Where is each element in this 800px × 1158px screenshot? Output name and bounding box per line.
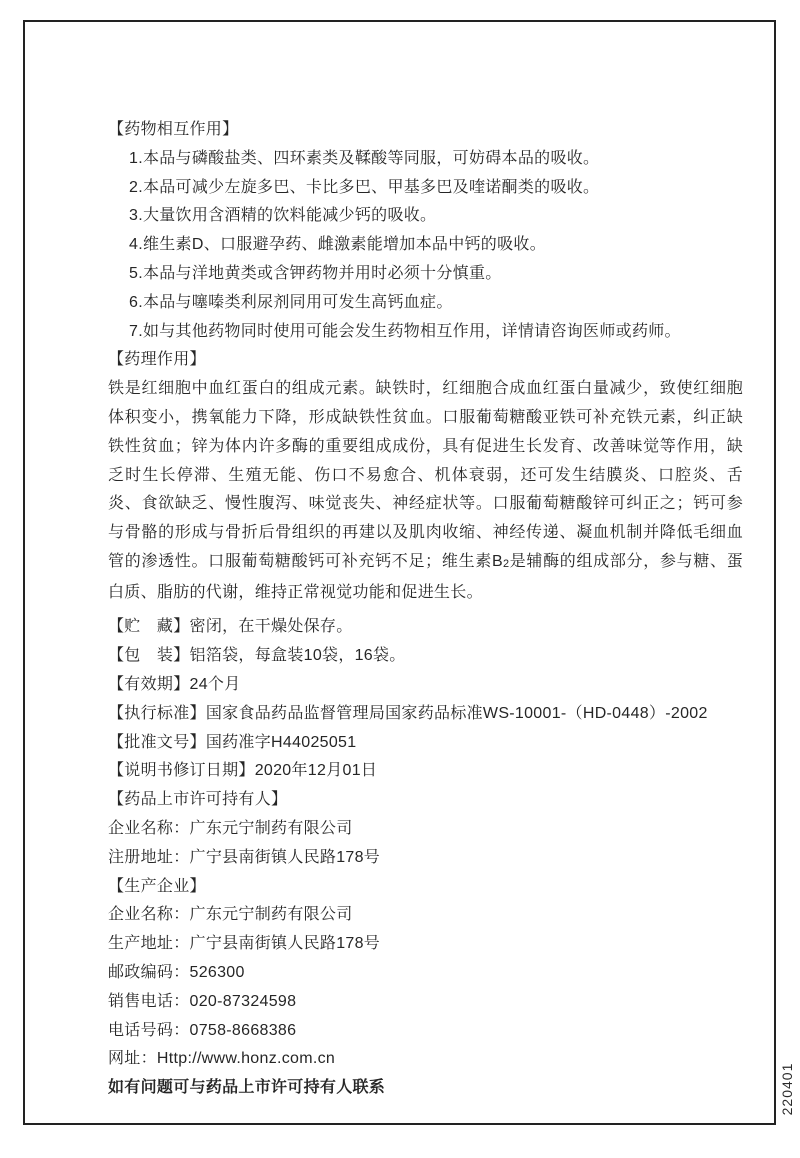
pharmacology-title: 【药理作用】 bbox=[108, 346, 743, 375]
field-storage-label: 【贮 藏】 bbox=[108, 618, 190, 635]
contact-note: 如有问题可与药品上市许可持有人联系 bbox=[108, 1074, 743, 1103]
field-storage: 【贮 藏】密闭，在干燥处保存。 bbox=[108, 613, 743, 642]
license-holder-address-value: 广宁县南街镇人民路178号 bbox=[190, 849, 381, 866]
section-pharmacology: 【药理作用】 铁是红细胞中血红蛋白的组成元素。缺铁时，红细胞合成血红蛋白量减少，… bbox=[108, 346, 743, 607]
manufacturer-postcode-label: 邮政编码： bbox=[108, 964, 190, 981]
field-shelf-life: 【有效期】24个月 bbox=[108, 671, 743, 700]
manufacturer-phone-row: 电话号码：0758-8668386 bbox=[108, 1017, 743, 1046]
field-approval-number-label: 【批准文号】 bbox=[108, 734, 206, 751]
section-license-holder: 【药品上市许可持有人】 企业名称：广东元宁制药有限公司 注册地址：广宁县南街镇人… bbox=[108, 786, 743, 872]
interaction-item-1: 1.本品与磷酸盐类、四环素类及鞣酸等同服，可妨碍本品的吸收。 bbox=[108, 145, 743, 174]
field-revision-date-label: 【说明书修订日期】 bbox=[108, 762, 255, 779]
manufacturer-company-value: 广东元宁制药有限公司 bbox=[190, 906, 353, 923]
manufacturer-address-value: 广宁县南街镇人民路178号 bbox=[190, 935, 381, 952]
field-revision-date: 【说明书修订日期】2020年12月01日 bbox=[108, 757, 743, 786]
manufacturer-sales-phone-value: 020-87324598 bbox=[190, 993, 297, 1010]
interaction-item-3: 3.大量饮用含酒精的饮料能减少钙的吸收。 bbox=[108, 202, 743, 231]
field-approval-number: 【批准文号】国药准字H44025051 bbox=[108, 729, 743, 758]
section-manufacturer: 【生产企业】 企业名称：广东元宁制药有限公司 生产地址：广宁县南街镇人民路178… bbox=[108, 873, 743, 1075]
license-holder-company-row: 企业名称：广东元宁制药有限公司 bbox=[108, 815, 743, 844]
manufacturer-company-label: 企业名称： bbox=[108, 906, 190, 923]
field-approval-number-value: 国药准字H44025051 bbox=[206, 734, 357, 751]
manufacturer-company-row: 企业名称：广东元宁制药有限公司 bbox=[108, 901, 743, 930]
manufacturer-postcode-value: 526300 bbox=[190, 964, 245, 981]
field-packaging-label: 【包 装】 bbox=[108, 647, 190, 664]
manufacturer-address-row: 生产地址：广宁县南街镇人民路178号 bbox=[108, 930, 743, 959]
field-standard-label: 【执行标准】 bbox=[108, 705, 206, 722]
manufacturer-postcode-row: 邮政编码：526300 bbox=[108, 959, 743, 988]
leaflet-content: 【药物相互作用】 1.本品与磷酸盐类、四环素类及鞣酸等同服，可妨碍本品的吸收。 … bbox=[108, 116, 743, 1103]
pharmacology-text-before-subscript: 铁是红细胞中血红蛋白的组成元素。缺铁时，红细胞合成血红蛋白量减少，致使红细胞体积… bbox=[108, 380, 743, 570]
manufacturer-phone-label: 电话号码： bbox=[108, 1022, 190, 1039]
interaction-item-6: 6.本品与噻嗪类利尿剂同用可发生高钙血症。 bbox=[108, 289, 743, 318]
field-shelf-life-label: 【有效期】 bbox=[108, 676, 190, 693]
manufacturer-website-value: Http://www.honz.com.cn bbox=[157, 1050, 335, 1067]
interaction-item-4: 4.维生素D、口服避孕药、雌激素能增加本品中钙的吸收。 bbox=[108, 231, 743, 260]
leaflet-border-frame: 【药物相互作用】 1.本品与磷酸盐类、四环素类及鞣酸等同服，可妨碍本品的吸收。 … bbox=[23, 20, 776, 1125]
field-revision-date-value: 2020年12月01日 bbox=[255, 762, 378, 779]
manufacturer-sales-phone-row: 销售电话：020-87324598 bbox=[108, 988, 743, 1017]
section-drug-interactions: 【药物相互作用】 1.本品与磷酸盐类、四环素类及鞣酸等同服，可妨碍本品的吸收。 … bbox=[108, 116, 743, 346]
field-packaging-value: 铝箔袋，每盒装10袋，16袋。 bbox=[190, 647, 406, 664]
manufacturer-title: 【生产企业】 bbox=[108, 873, 743, 902]
field-shelf-life-value: 24个月 bbox=[190, 676, 241, 693]
license-holder-address-label: 注册地址： bbox=[108, 849, 190, 866]
interaction-item-5: 5.本品与洋地黄类或含钾药物并用时必须十分慎重。 bbox=[108, 260, 743, 289]
drug-leaflet-page: 【药物相互作用】 1.本品与磷酸盐类、四环素类及鞣酸等同服，可妨碍本品的吸收。 … bbox=[0, 0, 800, 1158]
field-packaging: 【包 装】铝箔袋，每盒装10袋，16袋。 bbox=[108, 642, 743, 671]
interaction-item-7: 7.如与其他药物同时使用可能会发生药物相互作用，详情请咨询医师或药师。 bbox=[108, 318, 743, 347]
license-holder-company-value: 广东元宁制药有限公司 bbox=[190, 820, 353, 837]
drug-interactions-title: 【药物相互作用】 bbox=[108, 116, 743, 145]
field-standard-value: 国家食品药品监督管理局国家药品标准WS-10001-（HD-0448）-2002 bbox=[206, 705, 708, 722]
manufacturer-website-label: 网址： bbox=[108, 1050, 157, 1067]
license-holder-address-row: 注册地址：广宁县南街镇人民路178号 bbox=[108, 844, 743, 873]
interaction-item-2: 2.本品可减少左旋多巴、卡比多巴、甲基多巴及喹诺酮类的吸收。 bbox=[108, 174, 743, 203]
license-holder-company-label: 企业名称： bbox=[108, 820, 190, 837]
manufacturer-address-label: 生产地址： bbox=[108, 935, 190, 952]
pharmacology-paragraph: 铁是红细胞中血红蛋白的组成元素。缺铁时，红细胞合成血红蛋白量减少，致使红细胞体积… bbox=[108, 375, 743, 607]
revision-code: 220401 bbox=[779, 1063, 795, 1116]
manufacturer-sales-phone-label: 销售电话： bbox=[108, 993, 190, 1010]
manufacturer-website-row: 网址：Http://www.honz.com.cn bbox=[108, 1045, 743, 1074]
field-standard: 【执行标准】国家食品药品监督管理局国家药品标准WS-10001-（HD-0448… bbox=[108, 700, 743, 729]
manufacturer-phone-value: 0758-8668386 bbox=[190, 1022, 297, 1039]
field-storage-value: 密闭，在干燥处保存。 bbox=[190, 618, 353, 635]
license-holder-title: 【药品上市许可持有人】 bbox=[108, 786, 743, 815]
